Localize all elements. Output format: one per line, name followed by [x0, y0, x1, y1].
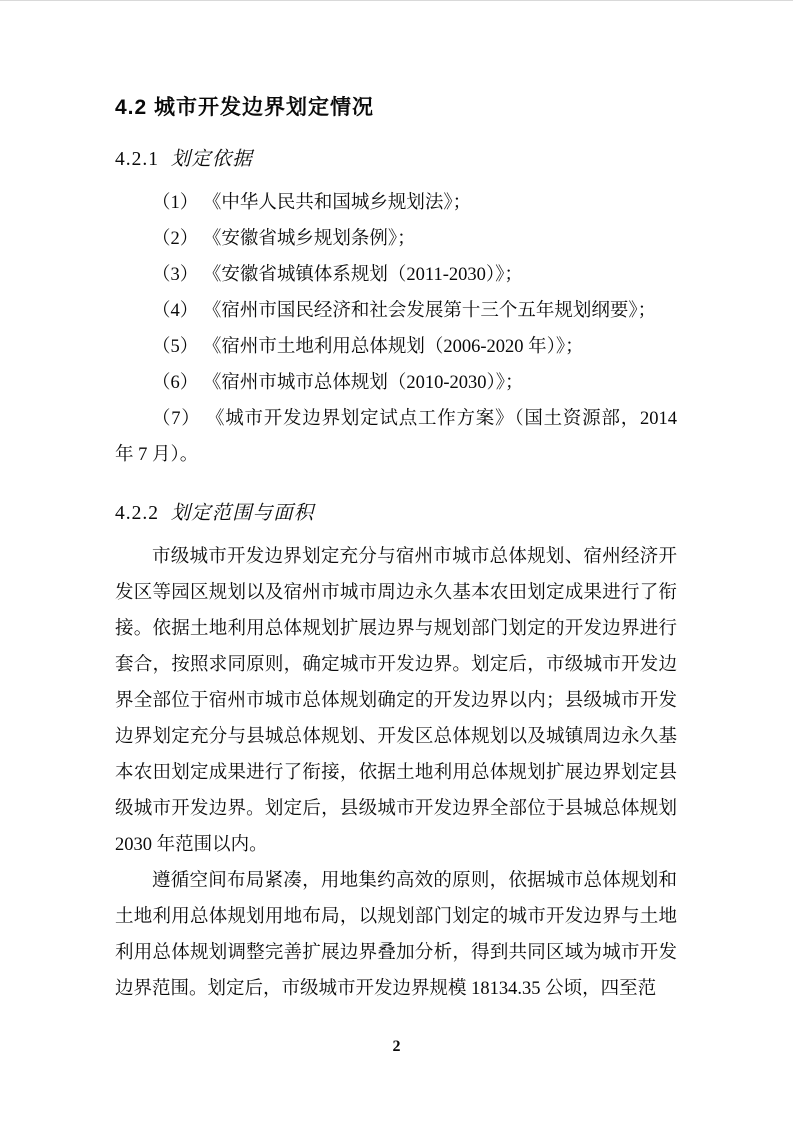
subsection-heading-4-2-2: 4.2.2 划定范围与面积 [115, 499, 677, 529]
basis-item-6: （6） 《宿州市城市总体规划（2010-2030）》； [115, 365, 677, 401]
basis-item-5: （5） 《宿州市土地利用总体规划（2006-2020 年）》； [115, 329, 677, 365]
page-number: 2 [0, 1037, 793, 1057]
section-heading-4-2: 4.2 城市开发边界划定情况 [115, 93, 677, 123]
subsection-heading-4-2-2-number: 4.2.2 [115, 503, 159, 524]
subsection-heading-4-2-1-title: 划定依据 [171, 149, 253, 170]
scope-paragraph-2: 遵循空间布局紧凑，用地集约高效的原则，依据城市总体规划和土地利用总体规划用地布局… [115, 863, 677, 1007]
subsection-heading-4-2-1-number: 4.2.1 [115, 149, 159, 170]
document-page: 4.2 城市开发边界划定情况 4.2.1 划定依据 （1） 《中华人民共和国城乡… [0, 0, 793, 1122]
subsection-heading-4-2-2-title: 划定范围与面积 [171, 503, 315, 524]
basis-item-7: （7） 《城市开发边界划定试点工作方案》（国土资源部，2014 年 7 月）。 [115, 401, 677, 473]
basis-item-1: （1） 《中华人民共和国城乡规划法》； [115, 185, 677, 221]
scope-paragraph-1: 市级城市开发边界划定充分与宿州市城市总体规划、宿州经济开发区等园区规划以及宿州市… [115, 539, 677, 863]
subsection-heading-4-2-1: 4.2.1 划定依据 [115, 145, 677, 175]
page-content: 4.2 城市开发边界划定情况 4.2.1 划定依据 （1） 《中华人民共和国城乡… [115, 93, 677, 1007]
basis-item-2: （2） 《安徽省城乡规划条例》； [115, 221, 677, 257]
basis-item-3: （3） 《安徽省城镇体系规划（2011-2030）》； [115, 257, 677, 293]
basis-item-4: （4） 《宿州市国民经济和社会发展第十三个五年规划纲要》； [115, 293, 677, 329]
basis-list: （1） 《中华人民共和国城乡规划法》； （2） 《安徽省城乡规划条例》； （3）… [115, 185, 677, 473]
